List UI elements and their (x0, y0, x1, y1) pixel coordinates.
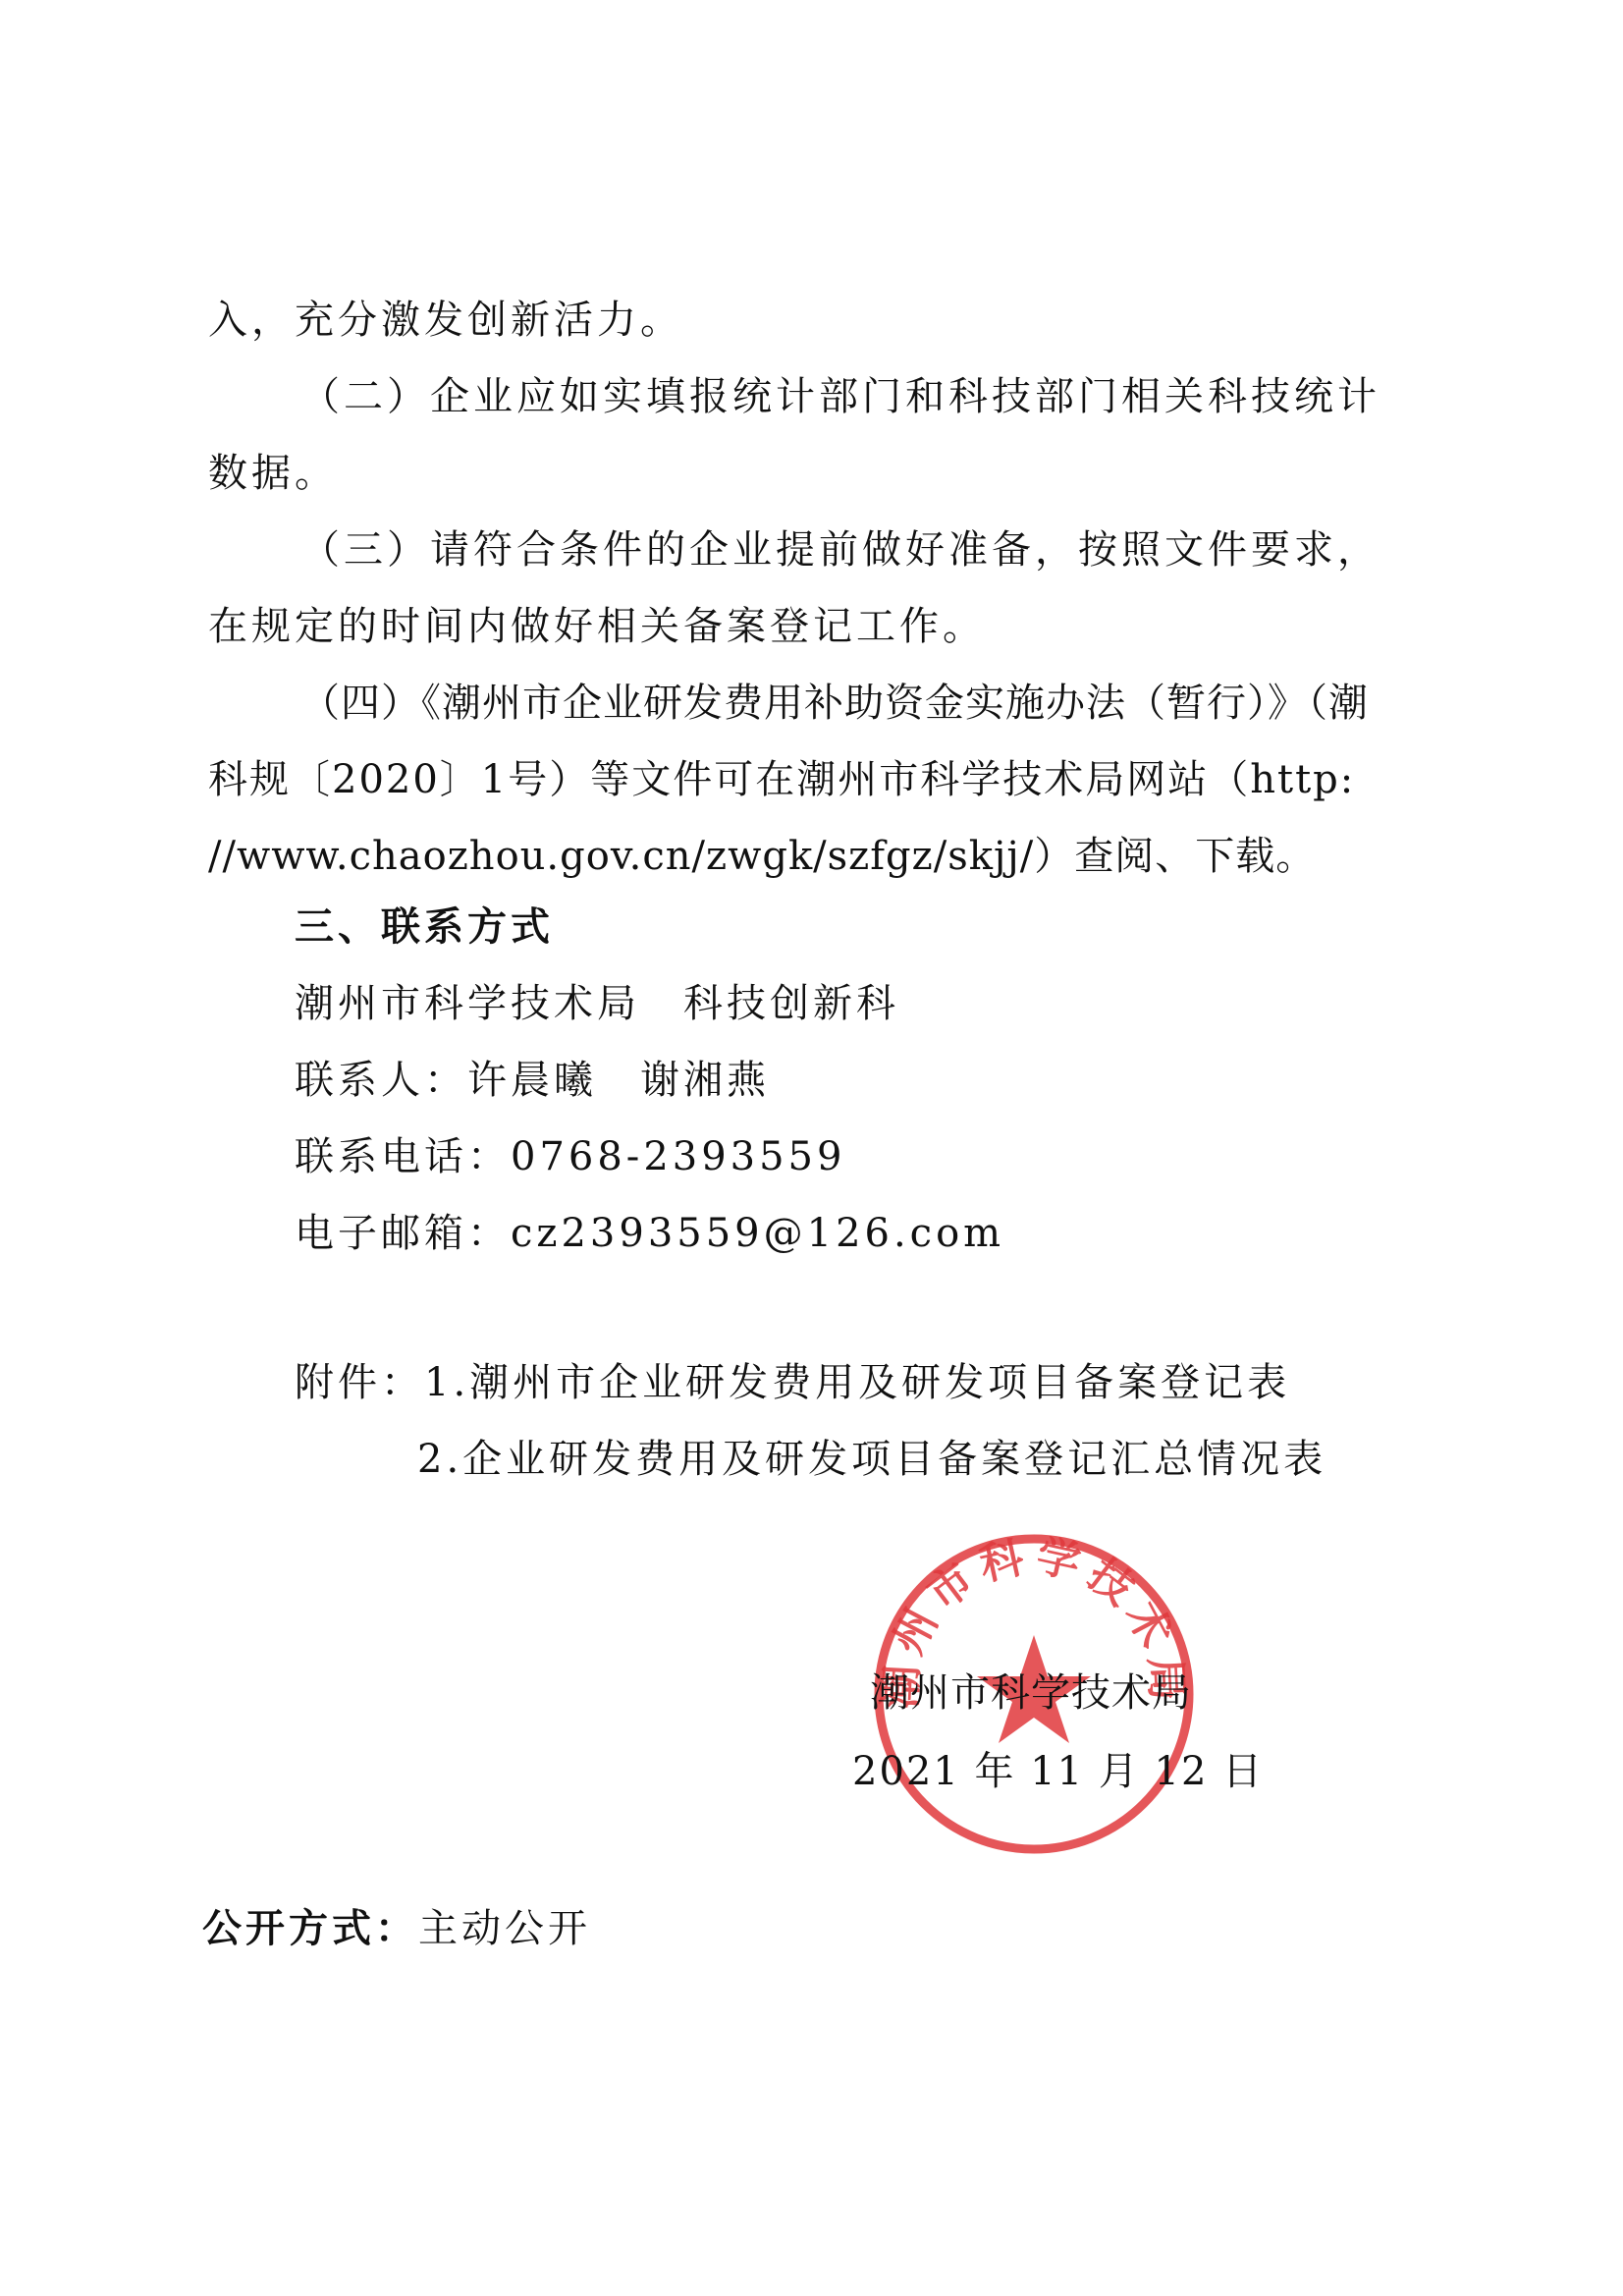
attachment-item-2: 2.企业研发费用及研发项目备案登记汇总情况表 (417, 1436, 1326, 1483)
attachments-label: 附件： (295, 1360, 424, 1405)
disclosure-label: 公开方式： (202, 1906, 418, 1951)
contact-people-label: 联系人： (295, 1058, 467, 1103)
body-line-5: 在规定的时间内做好相关备案登记工作。 (208, 603, 986, 650)
contact-people-value: 许晨曦 谢湘燕 (467, 1058, 770, 1103)
body-line-6: （四）《潮州市企业研发费用补助资金实施办法（暂行）》（潮 (300, 680, 1369, 727)
body-line-8: //www.chaozhou.gov.cn/zwgk/szfgz/skjj/）查… (208, 833, 1316, 880)
attachments-line-1: 附件：1.潮州市企业研发费用及研发项目备案登记表 (295, 1359, 1290, 1406)
body-line-3: 数据。 (208, 450, 338, 497)
contact-email-label: 电子邮箱： (295, 1211, 511, 1256)
contact-people: 联系人：许晨曦 谢湘燕 (295, 1057, 770, 1104)
contact-phone-value: 0768-2393559 (511, 1134, 845, 1179)
signature-date: 2021 年 11 月 12 日 (852, 1748, 1264, 1795)
contact-heading: 三、联系方式 (295, 903, 554, 951)
body-line-1: 入，充分激发创新活力。 (208, 297, 683, 344)
body-line-4: （三）请符合条件的企业提前做好准备，按照文件要求， (300, 526, 1380, 574)
disclosure-value: 主动公开 (418, 1906, 591, 1951)
contact-department: 潮州市科学技术局 科技创新科 (295, 980, 899, 1027)
signature-org: 潮州市科学技术局 (870, 1669, 1192, 1717)
attachment-item-1: 1.潮州市企业研发费用及研发项目备案登记表 (424, 1360, 1290, 1405)
contact-phone-label: 联系电话： (295, 1134, 511, 1179)
body-line-7: 科规〔2020〕1号）等文件可在潮州市科学技术局网站（http: (208, 756, 1355, 803)
contact-email-value: cz2393559@126.com (511, 1211, 1004, 1256)
body-line-2: （二）企业应如实填报统计部门和科技部门相关科技统计 (300, 373, 1380, 420)
contact-email: 电子邮箱：cz2393559@126.com (295, 1210, 1004, 1257)
disclosure: 公开方式：主动公开 (202, 1905, 591, 1952)
contact-phone: 联系电话：0768-2393559 (295, 1133, 845, 1180)
